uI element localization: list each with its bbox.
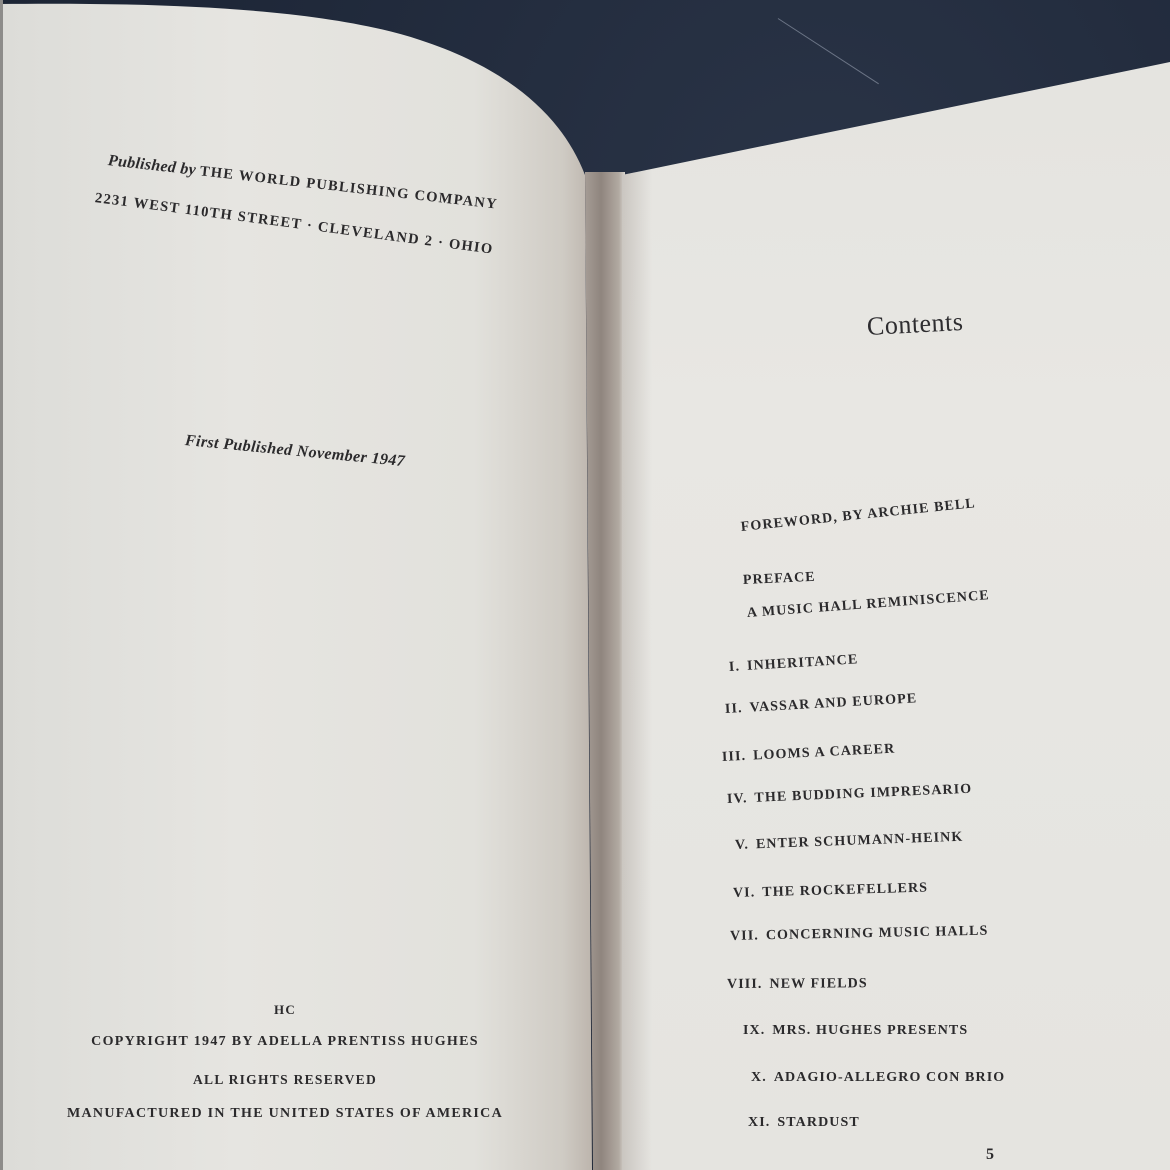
toc-entry-title: MRS. HUGHES PRESENTS — [772, 1023, 968, 1038]
toc-entry-numeral: IV. — [727, 791, 748, 807]
toc-entry-numeral: IX. — [743, 1023, 765, 1038]
toc-entry-title: PREFACE — [743, 570, 816, 588]
book-photo: Published by THE WORLD PUBLISHING COMPAN… — [0, 0, 1170, 1170]
copyright-notice: COPYRIGHT 1947 BY ADELLA PRENTISS HUGHES — [40, 1034, 530, 1050]
contents-title: Contents — [866, 307, 964, 342]
toc-entry-title: THE ROCKEFELLERS — [762, 881, 928, 901]
toc-entry-numeral: X. — [751, 1070, 767, 1085]
toc-entry: IX.MRS. HUGHES PRESENTS — [743, 1023, 968, 1039]
toc-entry-title: NEW FIELDS — [769, 976, 867, 992]
toc-entry-numeral: VI. — [733, 885, 756, 901]
right-page — [622, 0, 1170, 1170]
toc-entry-numeral: VII. — [730, 928, 759, 944]
toc-entry-numeral: III. — [722, 749, 747, 765]
left-page-edge — [0, 0, 3, 1170]
rights-text: ALL RIGHTS RESERVED — [40, 1072, 530, 1088]
page-number: 5 — [986, 1146, 994, 1164]
rights-notice: ALL RIGHTS RESERVED — [40, 1072, 530, 1088]
book-gutter — [585, 172, 625, 1170]
toc-entry-numeral: II. — [725, 701, 744, 717]
toc-entry-numeral: V. — [735, 837, 750, 853]
right-page-shadow — [622, 0, 652, 1170]
toc-entry-title: ADAGIO-ALLEGRO CON BRIO — [774, 1070, 1005, 1085]
toc-entry-numeral: I. — [729, 659, 741, 675]
toc-entry: X.ADAGIO-ALLEGRO CON BRIO — [751, 1070, 1005, 1086]
manufactured-text: MANUFACTURED IN THE UNITED STATES OF AME… — [40, 1106, 530, 1122]
manufactured-notice: MANUFACTURED IN THE UNITED STATES OF AME… — [40, 1106, 530, 1122]
colophon-code: HC — [40, 1002, 530, 1018]
toc-entry: XI.STARDUST — [748, 1115, 860, 1131]
toc-entry: PREFACE — [743, 570, 816, 589]
copyright-text: COPYRIGHT 1947 BY ADELLA PRENTISS HUGHES — [40, 1034, 530, 1050]
colophon-code-text: HC — [40, 1002, 530, 1018]
toc-entry-numeral: XI. — [748, 1115, 770, 1130]
toc-entry-numeral: VIII. — [727, 977, 763, 992]
background-scratch — [778, 18, 879, 84]
toc-entry: VIII.NEW FIELDS — [727, 976, 868, 993]
toc-entry-title: STARDUST — [777, 1115, 859, 1130]
